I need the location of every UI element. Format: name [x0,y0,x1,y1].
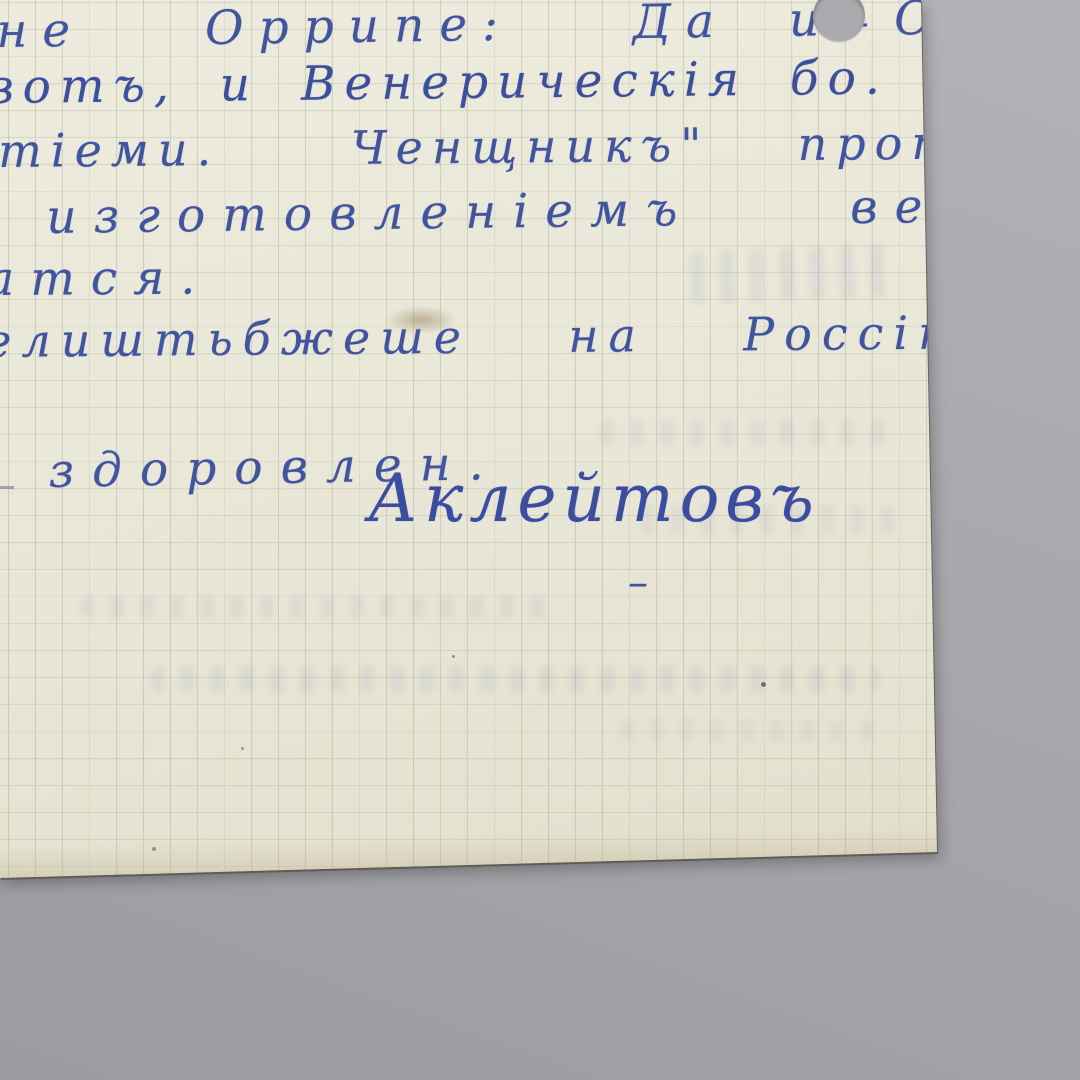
paper-speck [152,847,156,851]
handwriting-line: атся. [0,250,211,307]
paper-speck [761,682,766,687]
ink-bleed-through [80,596,560,618]
ink-bleed-through [600,420,900,446]
handwriting-line: не Оррипе: Да и Орри [0,0,1080,59]
handwriting-line: елиштьбжеше на Россію, [0,305,993,368]
letter-paper: не Оррипе: Да и Орри вотъ, и Венерическі… [0,0,1080,1080]
left-edge-mark [0,486,14,489]
ink-bleed-through [689,245,891,304]
handwriting-line: тіеми. Ченщникъ" проп- [0,115,975,178]
paper-shadow: не Оррипе: Да и Орри вотъ, и Венерическі… [0,0,1080,1080]
photo-of-letter: не Оррипе: Да и Орри вотъ, и Венерическі… [0,0,1080,1080]
paper-speck [452,655,455,658]
handwriting-line: вотъ, и Венерическія бо. [0,51,889,115]
signature: Аклейтовъ [368,460,820,537]
paper-bottom-edge-tint [0,826,980,891]
handwriting-line: изготовленіемъ ве- [46,179,973,245]
signature-dash: – [628,560,648,606]
paper-speck [241,747,244,750]
ink-smudge [385,306,457,334]
ink-bleed-through [150,666,880,692]
ink-bleed-through [620,720,875,742]
